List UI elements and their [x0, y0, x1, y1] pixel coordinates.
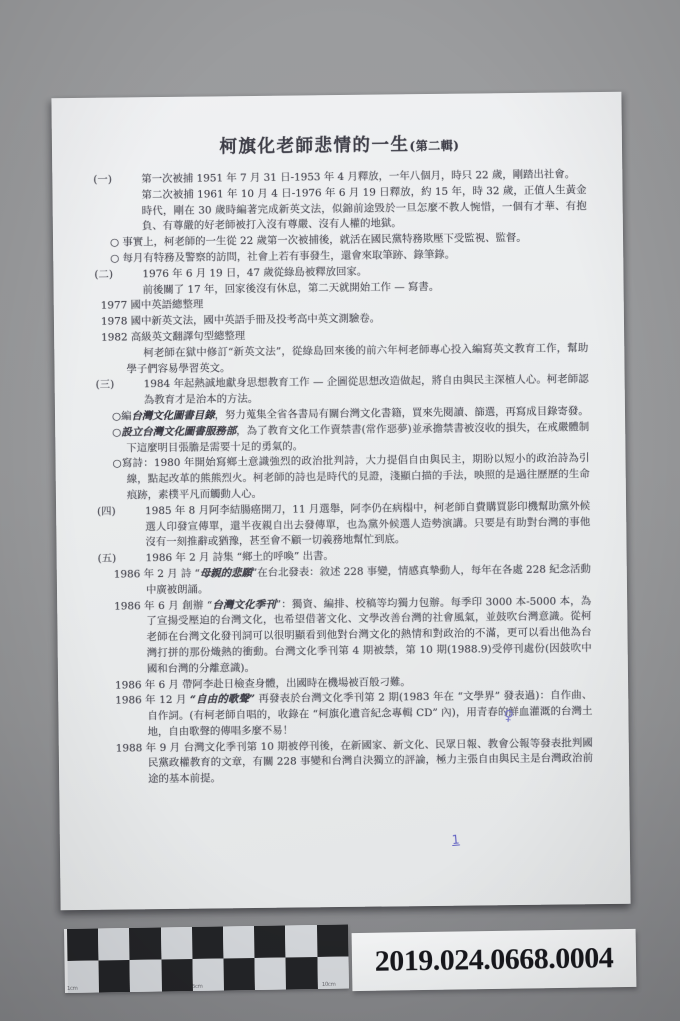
emphasized-text: “自由的歌聲”: [190, 693, 255, 706]
emphasized-text: 設立台灣文化圖書服務部: [121, 425, 236, 438]
checker-cell: [254, 926, 286, 958]
document-title: 柯旗化老師悲情的一生(第二輯): [93, 132, 586, 161]
doc-text: 1985 年 8 月阿李結腸癌開刀，11 月選舉，阿李仍在病榻中，柯老師自費購買…: [145, 500, 590, 549]
doc-text: 1986 年 2 月 詩 “: [114, 568, 200, 581]
section-marker: (四): [97, 504, 145, 520]
checker-cell: [223, 926, 255, 958]
ruler-scale-mark: 5cm: [192, 984, 202, 990]
doc-text: 1976 年 6 月 19 日，47 歲從綠島被釋放回家。: [142, 265, 367, 280]
checker-cell: [316, 925, 348, 957]
doc-block: 1986 年 12 月 “自由的歌聲” 再發表於台灣文化季刊第 2 期(1983…: [99, 688, 593, 741]
doc-text: 柯老師在獄中修訂“新英文法”，從綠島回來後的前六年柯老師專心投入編寫英文教育工作…: [126, 342, 588, 375]
document-body: (一)第一次被捕 1951 年 7 月 31 日-1953 年 4 月釋放，一年…: [93, 167, 593, 789]
checker-cell: [99, 960, 131, 992]
doc-text: 1982 高級英文翻譯句型總整理: [101, 330, 245, 344]
doc-text: 1984 年起熱誠地獻身思想教育工作 — 企圖從思想改造做起，將自由與民主深植人…: [144, 374, 589, 407]
checker-cell: [129, 927, 161, 959]
doc-block: (一)第一次被捕 1951 年 7 月 31 日-1953 年 4 月釋放，一年…: [93, 167, 587, 236]
doc-text: 第一次被捕 1951 年 7 月 31 日-1953 年 4 月釋放，一年八個月…: [141, 168, 575, 185]
doc-block: 1988 年 9 月 台灣文化季刊第 10 期被停刊後，在新國家、新文化、民眾日…: [100, 736, 594, 789]
section-marker: (五): [98, 551, 146, 567]
section-marker: (一): [93, 172, 141, 188]
doc-text: 1986 年 12 月: [115, 694, 190, 707]
document-title-suffix: (第二輯): [409, 139, 459, 154]
emphasized-text: 母親的悲願: [200, 567, 252, 580]
checkerboard: [67, 925, 349, 993]
doc-text: ○: [112, 426, 121, 438]
checker-cell: [285, 925, 317, 957]
checker-cell: [255, 958, 287, 990]
accession-label: 2019.024.0668.0004: [352, 929, 637, 991]
ruler-scale-mark: 1cm: [67, 986, 77, 992]
doc-block: ○寫詩：1980 年開始寫鄉土意識強烈的政治批判詩，大力提倡自由與民主，期盼以短…: [96, 452, 590, 505]
checker-cell: [161, 959, 193, 991]
doc-block: (四)1985 年 8 月阿李結腸癌開刀，11 月選舉，阿李仍在病榻中，柯老師自…: [97, 499, 591, 552]
doc-text: ○ 每月有特務及警察的訪問，社會上若有事發生，還會來取筆跡、錄筆錄。: [110, 249, 455, 265]
doc-text: 前後關了 17 年，回家後沒有休息，第二天就開始工作 — 寫書。: [143, 280, 440, 295]
checker-cell: [161, 927, 193, 959]
doc-text: 1988 年 9 月 台灣文化季刊第 10 期被停刊後，在新國家、新文化、民眾日…: [116, 737, 593, 786]
calibration-checkerboard-ruler: 1cm 5cm 10cm: [64, 925, 349, 993]
document-content: 柯旗化老師悲情的一生(第二輯) (一)第一次被捕 1951 年 7 月 31 日…: [93, 132, 593, 789]
accession-number: 2019.024.0668.0004: [375, 941, 614, 979]
section-marker: (三): [96, 378, 144, 394]
doc-text: 1986 年 2 月 詩集 “鄉土的呼喚” 出書。: [146, 550, 334, 564]
checker-cell: [286, 957, 318, 989]
checker-cell: [130, 959, 162, 991]
document-title-text: 柯旗化老師悲情的一生: [219, 135, 409, 157]
doc-text: 1986 年 6 月 創辦 “: [114, 599, 212, 612]
handwritten-blue-mark-2: 1: [451, 832, 460, 847]
section-marker: (二): [94, 267, 142, 283]
doc-text: 1986 年 6 月 帶阿李赴日檢查身體，出國時在機場被百般刁難。: [115, 676, 411, 691]
ruler-scale-mark: 10cm: [322, 982, 335, 988]
archive-photo-background: 柯旗化老師悲情的一生(第二輯) (一)第一次被捕 1951 年 7 月 31 日…: [0, 0, 680, 1021]
doc-text: 1977 國中英語總整理: [101, 299, 204, 312]
doc-text: ，努力蒐集全省各書局有關台灣文化書籍，買來先閱讀、篩選，再寫成目錄寄發。: [215, 405, 589, 421]
checker-cell: [67, 928, 99, 960]
doc-text: 1978 國中新英文法，國中英語手冊及投考高中英文測驗卷。: [101, 313, 380, 328]
doc-text: 第二次被捕 1961 年 10 月 4 日-1976 年 6 月 19 日釋放，…: [141, 184, 586, 233]
checker-cell: [192, 927, 224, 959]
doc-block: 1986 年 6 月 創辦 “台灣文化季刊”：獨資、編排、校稿等均獨力包辦。每季…: [98, 594, 592, 679]
checker-cell: [223, 958, 255, 990]
document-page: 柯旗化老師悲情的一生(第二輯) (一)第一次被捕 1951 年 7 月 31 日…: [51, 92, 630, 910]
emphasized-text: 台灣文化圖書目錄: [131, 409, 214, 422]
emphasized-text: 台灣文化季刊: [212, 598, 276, 611]
checker-cell: [98, 928, 130, 960]
doc-text: ○ 事實上，柯老師的一生從 22 歲第一次被捕後，就活在國民黨特務欺壓下受監視、…: [110, 232, 527, 249]
doc-text: ○寫詩：1980 年開始寫鄉土意識強烈的政治批判詩，大力提倡自由與民主，期盼以短…: [112, 453, 589, 502]
doc-text: ○編: [112, 410, 132, 422]
